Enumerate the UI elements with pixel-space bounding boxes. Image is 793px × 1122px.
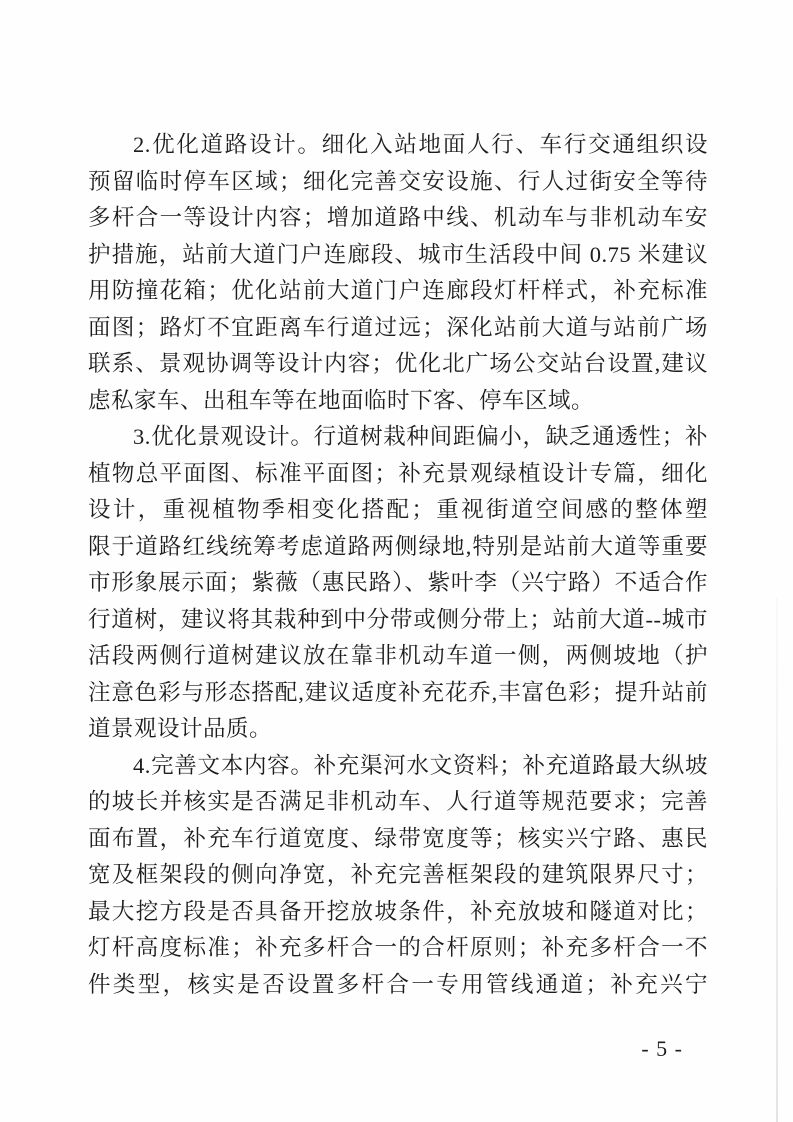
text-line: 件类型，核实是否设置多杆合一专用管线通道；补充兴宁路、惠	[88, 967, 708, 1004]
text-line: 3.优化景观设计。行道树栽种间距偏小，缺乏通透性；补充	[88, 419, 708, 456]
text-line: 虑私家车、出租车等在地面临时下客、停车区域。	[88, 383, 708, 420]
text-line: 面布置，补充车行道宽度、绿带宽度等；核实兴宁路、惠民路净	[88, 821, 708, 858]
text-line: 设计，重视植物季相变化搭配；重视街道空间感的整体塑造，不	[88, 492, 708, 529]
text-line: 面图；路灯不宜距离车行道过远；深化站前大道与站前广场交通	[88, 310, 708, 347]
page-number: - 5 -	[641, 1036, 683, 1062]
text-line: 用防撞花箱；优化站前大道门户连廊段灯杆样式，补充标准段平	[88, 273, 708, 310]
scan-artifact-line	[776, 598, 778, 1122]
text-line: 预留临时停车区域；细化完善交安设施、行人过街安全等待区、	[88, 164, 708, 201]
text-line: 4.完善文本内容。补充渠河水文资料；补充道路最大纵坡段	[88, 748, 708, 785]
text-line: 护措施，站前大道门户连廊段、城市生活段中间 0.75 米建议选	[88, 237, 708, 274]
text-line: 市形象展示面；紫薇（惠民路）、紫叶李（兴宁路）不适合作为	[88, 565, 708, 602]
text-line: 道景观设计品质。	[88, 711, 708, 748]
text-line: 联系、景观协调等设计内容；优化北广场公交站台设置,建议考	[88, 346, 708, 383]
text-line: 多杆合一等设计内容；增加道路中线、机动车与非机动车安全防	[88, 200, 708, 237]
scanned-document-page: 2.优化道路设计。细化入站地面人行、车行交通组织设计， 预留临时停车区域；细化完…	[0, 0, 793, 1122]
text-line: 植物总平面图、标准平面图；补充景观绿植设计专篇，细化植物	[88, 456, 708, 493]
text-line: 最大挖方段是否具备开挖放坡条件，补充放坡和隧道对比；核实	[88, 894, 708, 931]
text-line: 的坡长并核实是否满足非机动车、人行道等规范要求；完善横断	[88, 784, 708, 821]
text-line: 宽及框架段的侧向净宽，补充完善框架段的建筑限界尺寸；核实	[88, 857, 708, 894]
text-line: 灯杆高度标准；补充多杆合一的合杆原则；补充多杆合一不同杆	[88, 930, 708, 967]
text-line: 2.优化道路设计。细化入站地面人行、车行交通组织设计，	[88, 127, 708, 164]
paragraph-optimize-landscape-design: 3.优化景观设计。行道树栽种间距偏小，缺乏通透性；补充 植物总平面图、标准平面图…	[88, 419, 708, 748]
text-line: 限于道路红线统筹考虑道路两侧绿地,特别是站前大道等重要城	[88, 529, 708, 566]
text-line: 注意色彩与形态搭配,建议适度补充花乔,丰富色彩；提升站前大	[88, 675, 708, 712]
paragraph-optimize-road-design: 2.优化道路设计。细化入站地面人行、车行交通组织设计， 预留临时停车区域；细化完…	[88, 127, 708, 419]
paragraph-improve-text-content: 4.完善文本内容。补充渠河水文资料；补充道路最大纵坡段 的坡长并核实是否满足非机…	[88, 748, 708, 1004]
document-body: 2.优化道路设计。细化入站地面人行、车行交通组织设计， 预留临时停车区域；细化完…	[88, 127, 708, 1003]
text-line: 行道树，建议将其栽种到中分带或侧分带上；站前大道--城市生	[88, 602, 708, 639]
text-line: 活段两侧行道树建议放在靠非机动车道一侧，两侧坡地（护坡）	[88, 638, 708, 675]
